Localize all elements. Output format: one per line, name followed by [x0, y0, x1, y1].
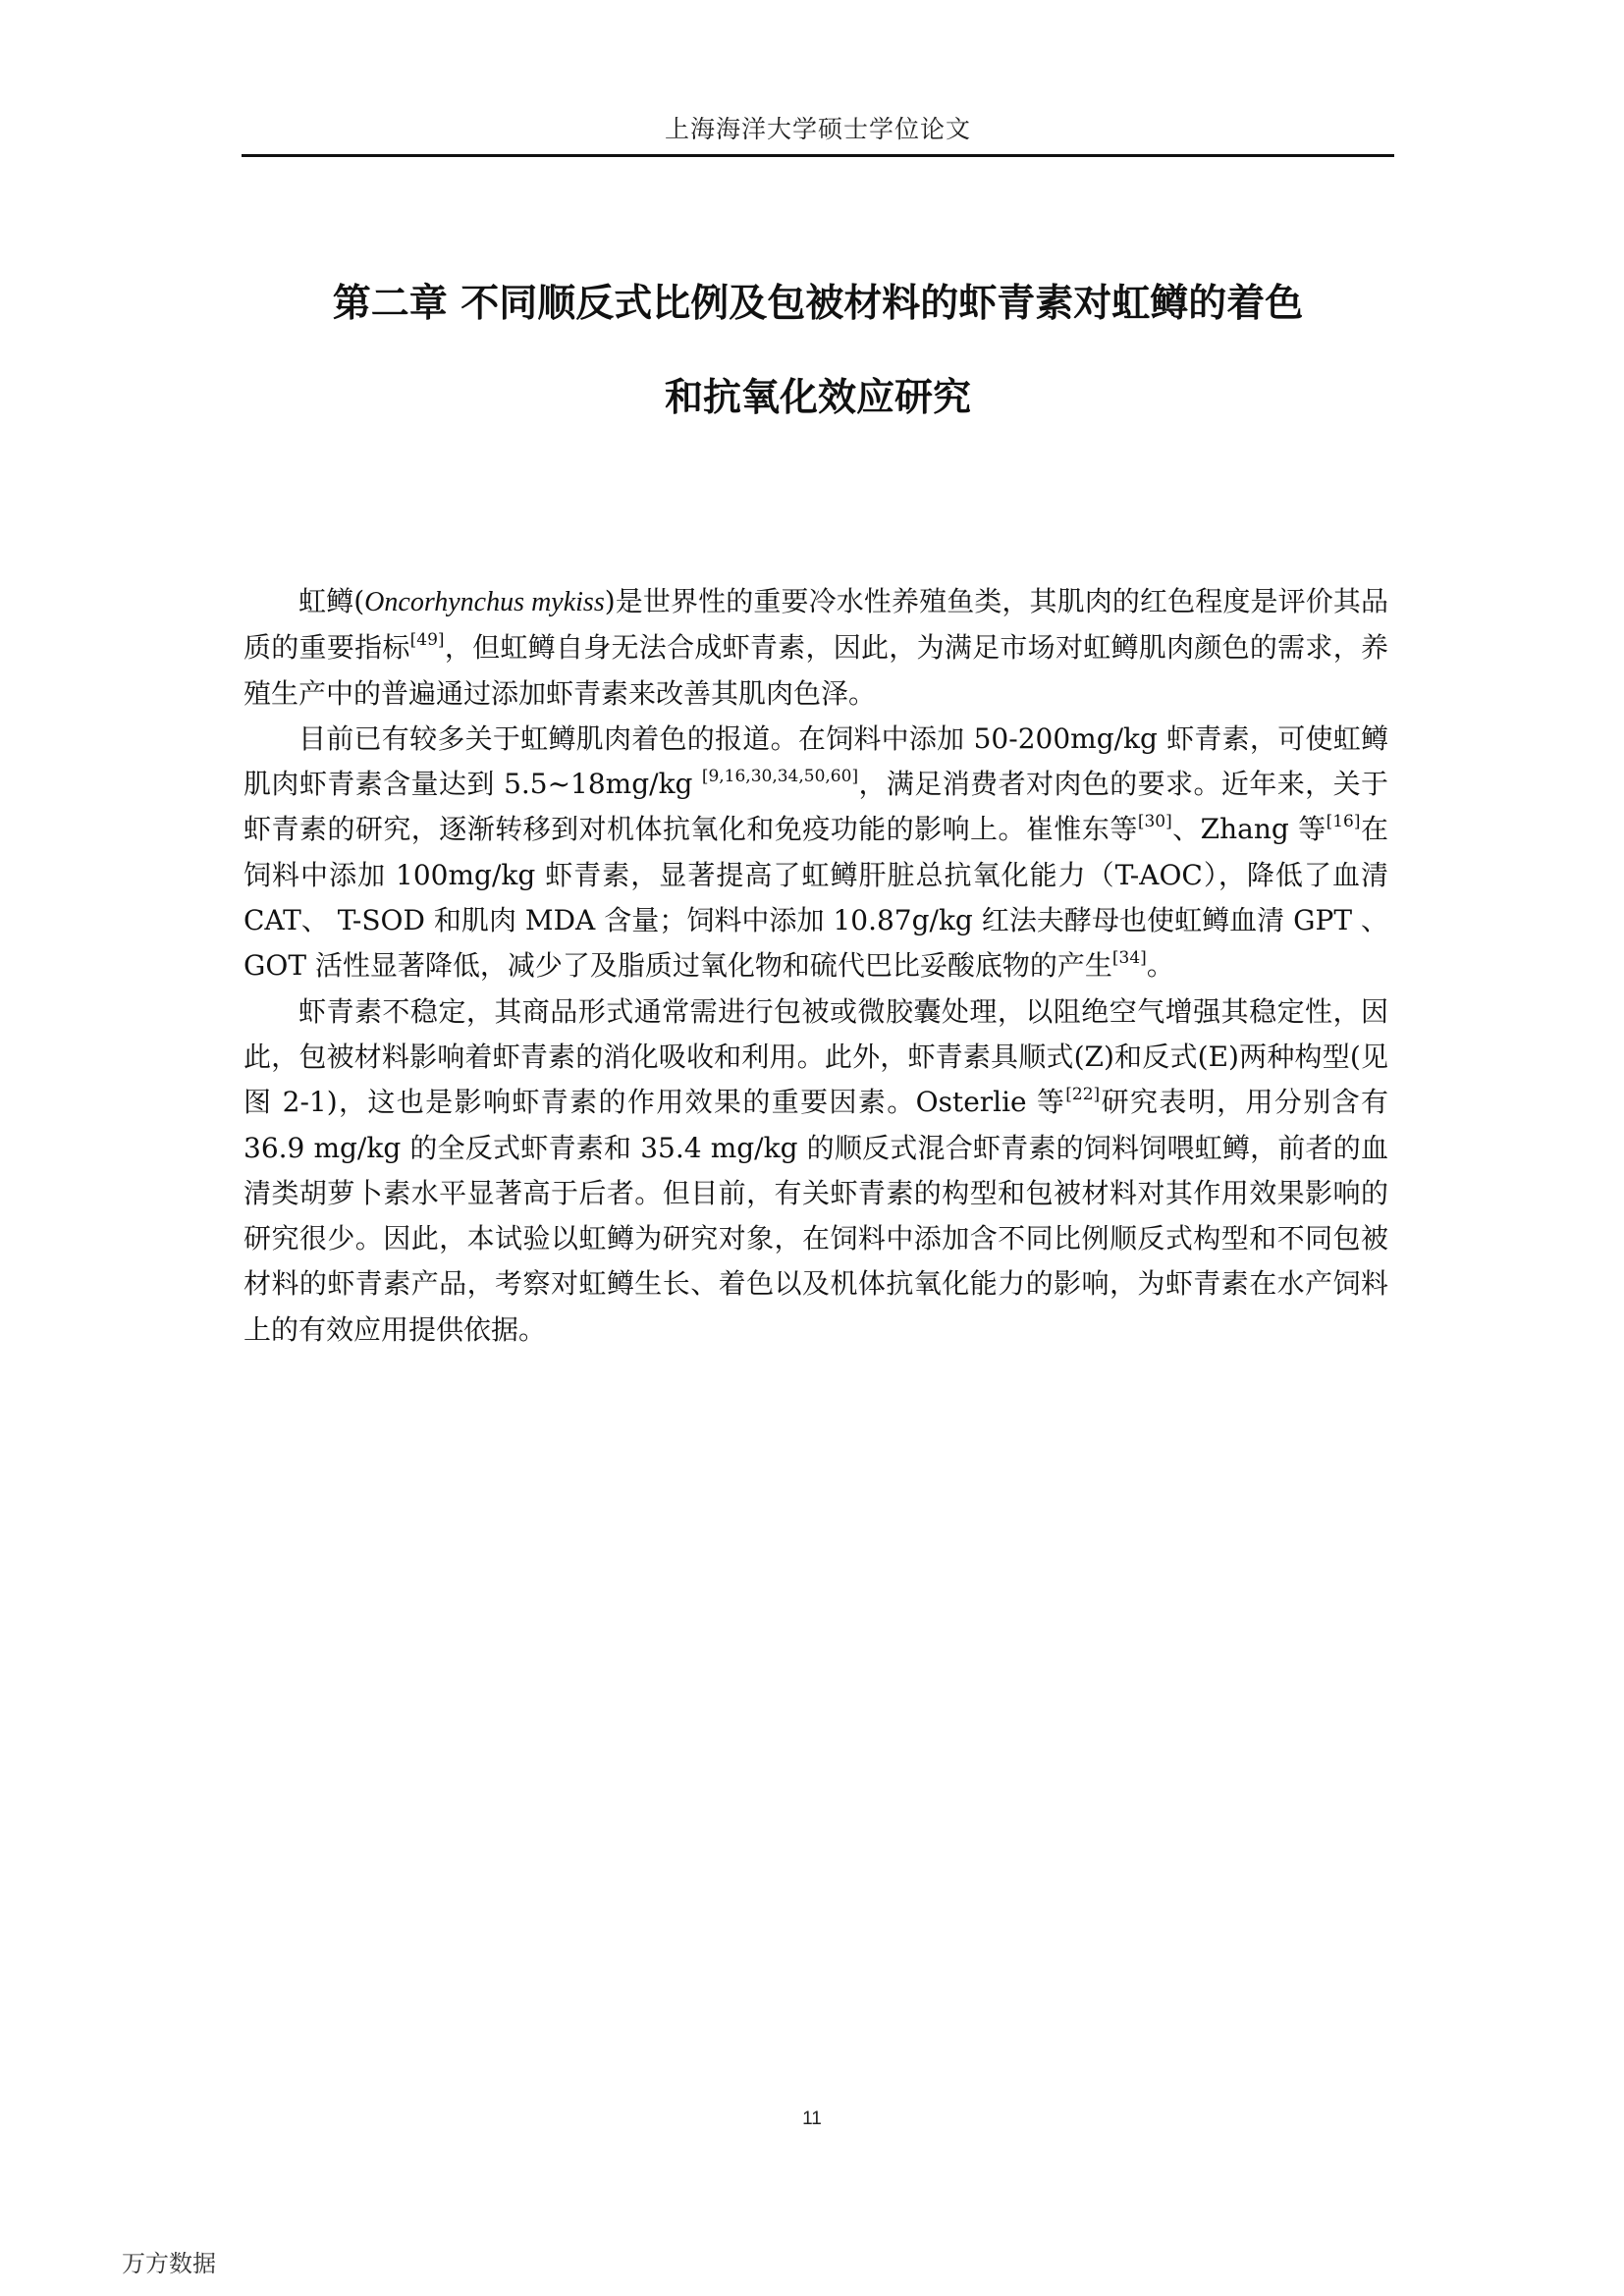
paragraph-3: 虾青素不稳定，其商品形式通常需进行包被或微胶囊处理，以阻绝空气增强其稳定性，因此… — [244, 989, 1388, 1353]
text-run: 、Zhang 等 — [1172, 813, 1326, 845]
header-divider — [242, 154, 1394, 157]
body-text: 虹鳟(Oncorhynchus mykiss)是世界性的重要冷水性养殖鱼类，其肌… — [244, 579, 1388, 1353]
citation-ref: [16] — [1326, 812, 1361, 831]
text-run: 。 — [1147, 949, 1174, 982]
text-run: 虹鳟( — [298, 585, 364, 617]
chapter-title: 第二章 不同顺反式比例及包被材料的虾青素对虹鳟的着色 和抗氧化效应研究 — [242, 257, 1394, 446]
citation-ref: [9,16,30,34,50,60] — [702, 767, 858, 786]
paragraph-2: 目前已有较多关于虹鳟肌肉着色的报道。在饲料中添加 50-200mg/kg 虾青素… — [244, 717, 1388, 989]
citation-ref: [34] — [1112, 948, 1147, 968]
text-run: 研究表明，用分别含有 36.9 mg/kg 的全反式虾青素和 35.4 mg/k… — [244, 1086, 1388, 1345]
running-header: 上海海洋大学硕士学位论文 — [242, 110, 1394, 145]
watermark: 万方数据 — [122, 2244, 216, 2278]
page-number: 11 — [0, 2109, 1624, 2130]
citation-ref: [30] — [1138, 812, 1172, 831]
citation-ref: [49] — [410, 630, 445, 650]
species-name: Oncorhynchus mykiss — [364, 587, 605, 617]
paragraph-1: 虹鳟(Oncorhynchus mykiss)是世界性的重要冷水性养殖鱼类，其肌… — [244, 579, 1388, 717]
chapter-title-line-1: 第二章 不同顺反式比例及包被材料的虾青素对虹鳟的着色 — [242, 257, 1394, 351]
chapter-title-line-2: 和抗氧化效应研究 — [242, 351, 1394, 446]
citation-ref: [22] — [1065, 1085, 1100, 1104]
